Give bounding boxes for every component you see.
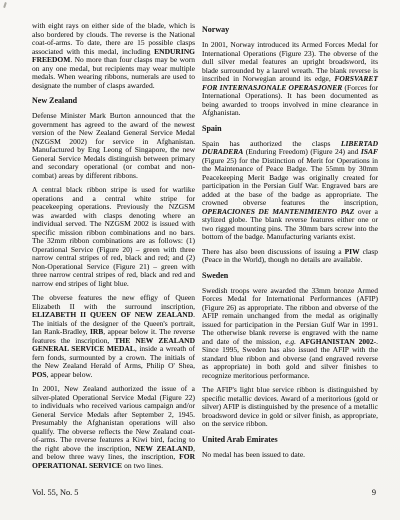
section-heading: Spain — [202, 124, 378, 133]
text-segment: Defense Minister Mark Burton announced t… — [32, 111, 195, 180]
section-heading: United Arab Emirates — [202, 435, 378, 444]
body-paragraph: A central black ribbon stripe is used fo… — [32, 186, 195, 288]
right-column: NorwayIn 2001, Norway introduced its Arm… — [202, 22, 378, 476]
body-paragraph: Spain has authorized the clasps LIBERTAD… — [202, 140, 378, 242]
page-footer: Vol. 55, No. 5 9 — [32, 488, 376, 497]
text-segment: Norway — [202, 25, 229, 34]
text-segment: The obverse features the new effigy of Q… — [32, 293, 195, 311]
text-segment: POS — [32, 370, 47, 379]
page-number: 9 — [372, 488, 376, 497]
text-segment: The AFIP's light blue service ribbon is … — [202, 385, 378, 428]
left-column: with eight rays on either side of the bl… — [32, 22, 195, 476]
body-paragraph: with eight rays on either side of the bl… — [32, 22, 195, 90]
text-segment: United Arab Emirates — [202, 435, 278, 444]
body-paragraph: In 2001, Norway introduced its Armed For… — [202, 41, 378, 118]
body-paragraph: Defense Minister Mark Burton announced t… — [32, 112, 195, 180]
section-heading: Norway — [202, 25, 378, 34]
text-segment: Spain — [202, 124, 222, 133]
text-segment: In 2001, New Zealand authorized the issu… — [32, 384, 195, 453]
body-paragraph: The obverse features the new effigy of Q… — [32, 294, 195, 379]
text-segment: Sweden — [202, 271, 228, 280]
text-segment: No medal has been issued to date. — [202, 450, 305, 459]
volume-label: Vol. 55, No. 5 — [32, 488, 78, 497]
body-paragraph: No medal has been issued to date. — [202, 451, 378, 460]
body-paragraph: The AFIP's light blue service ribbon is … — [202, 386, 378, 429]
section-heading: Sweden — [202, 271, 378, 280]
text-segment: on two lines. — [122, 461, 163, 470]
text-segment: , appear below. — [47, 370, 93, 379]
text-columns: with eight rays on either side of the bl… — [0, 0, 400, 476]
text-segment: A central black ribbon stripe is used fo… — [32, 185, 195, 288]
body-paragraph: Swedish troops were awarded the 33mm bro… — [202, 287, 378, 381]
body-paragraph: In 2001, New Zealand authorized the issu… — [32, 385, 195, 470]
body-paragraph: There has also been discussions of issui… — [202, 248, 378, 265]
text-segment: New Zealand — [32, 96, 77, 105]
section-heading: New Zealand — [32, 96, 195, 105]
text-segment: (Figure 25) for the Distinction of Merit… — [202, 156, 378, 208]
document-page: with eight rays on either side of the bl… — [0, 0, 400, 520]
